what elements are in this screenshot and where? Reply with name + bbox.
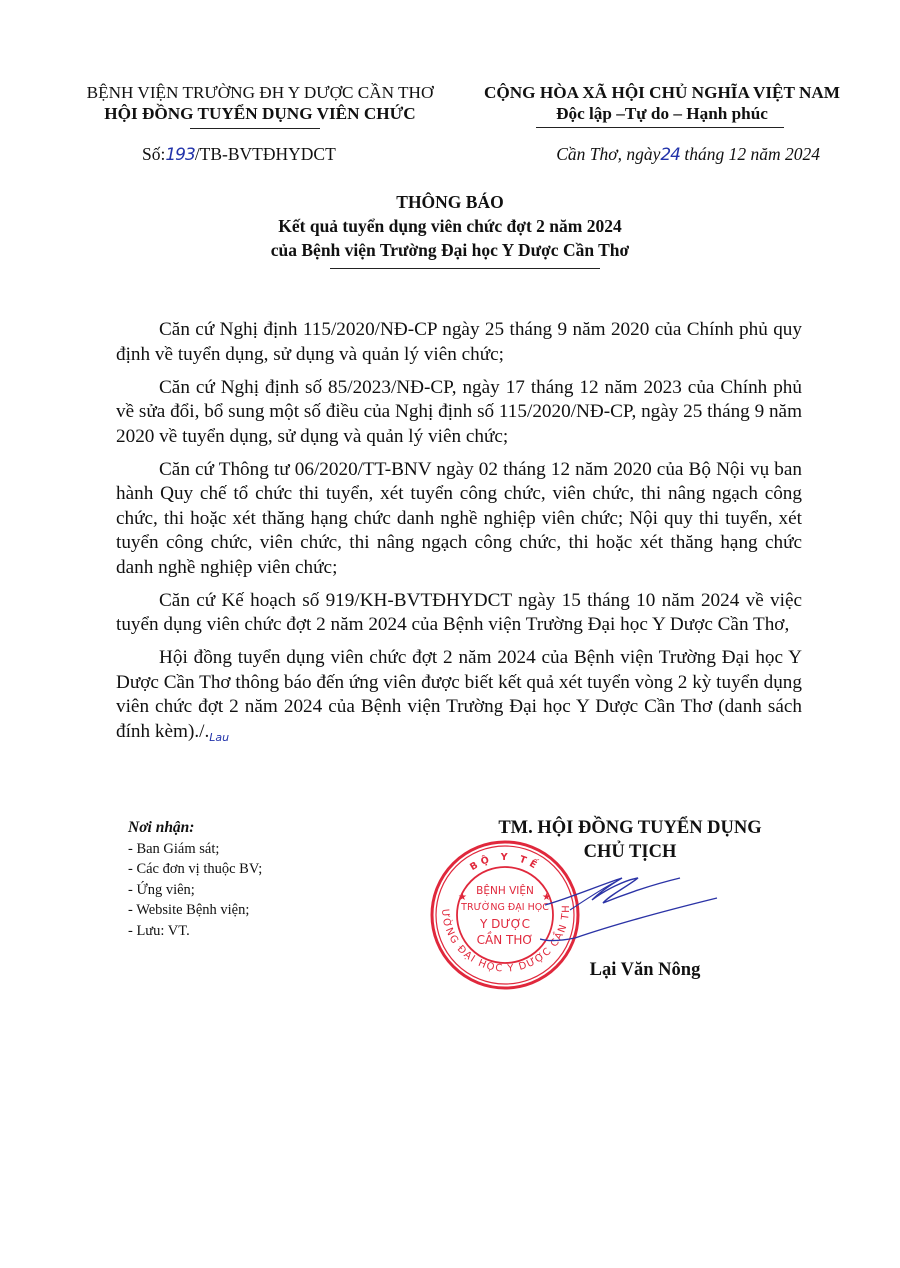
document-title: THÔNG BÁO Kết quả tuyển dụng viên chức đ… [150, 190, 750, 262]
document-body: Căn cứ Nghị định 115/2020/NĐ-CP ngày 25 … [116, 318, 802, 759]
recipient-item: - Website Bệnh viện; [128, 900, 378, 921]
on-behalf-label: TM. HỘI ĐỒNG TUYỂN DỤNG [440, 816, 820, 840]
paragraph: Căn cứ Thông tư 06/2020/TT-BNV ngày 02 t… [116, 458, 802, 581]
recipient-item: - Lưu: VT. [128, 921, 378, 942]
date-prefix: Cần Thơ, ngày [556, 144, 660, 164]
svg-text:CẦN THƠ: CẦN THƠ [477, 931, 534, 947]
paragraph-text: Hội đồng tuyển dụng viên chức đợt 2 năm … [116, 647, 802, 742]
signature-scribble-icon [540, 860, 740, 950]
doc-type: THÔNG BÁO [150, 190, 750, 214]
title-line-2: của Bệnh viện Trường Đại học Y Dược Cần … [150, 238, 750, 262]
motto-underline [536, 127, 784, 128]
recipients-label: Nơi nhận: [128, 818, 378, 839]
stamp-line-1: BỆNH VIỆN [476, 884, 534, 897]
document-number: Số:193/TB-BVTĐHYDCT [142, 144, 336, 165]
svg-text:BỘ Y TẾ: BỘ Y TẾ [468, 852, 543, 873]
recipient-item: - Các đơn vị thuộc BV; [128, 859, 378, 880]
svg-text:TRƯỜNG ĐẠI HỌC: TRƯỜNG ĐẠI HỌC [460, 901, 549, 913]
recipient-item: - Ban Giám sát; [128, 839, 378, 860]
svg-text:Y DƯỢC: Y DƯỢC [479, 917, 530, 931]
handwritten-number: 193 [165, 145, 194, 165]
document-date: Cần Thơ, ngày24 tháng 12 năm 2024 [490, 144, 820, 165]
initials-mark: Lau [209, 731, 229, 744]
national-motto: Độc lập –Tự do – Hạnh phúc [462, 103, 862, 124]
signer-name: Lại Văn Nông [545, 960, 745, 981]
paragraph: Căn cứ Kế hoạch số 919/KH-BVTĐHYDCT ngày… [116, 589, 802, 638]
number-suffix: /TB-BVTĐHYDCT [195, 144, 336, 164]
department-name: HỘI ĐỒNG TUYỂN DỤNG VIÊN CHỨC [60, 103, 460, 124]
nation-name: CỘNG HÒA XÃ HỘI CHỦ NGHĨA VIỆT NAM [462, 82, 862, 103]
header-right: CỘNG HÒA XÃ HỘI CHỦ NGHĨA VIỆT NAM Độc l… [462, 82, 862, 124]
paragraph: Căn cứ Nghị định số 85/2023/NĐ-CP, ngày … [116, 376, 802, 450]
recipients-block: Nơi nhận: - Ban Giám sát; - Các đơn vị t… [128, 818, 378, 941]
number-prefix: Số: [142, 144, 165, 164]
handwritten-day: 24 [660, 145, 680, 165]
header-left: BỆNH VIỆN TRƯỜNG ĐH Y DƯỢC CẦN THƠ HỘI Đ… [60, 82, 460, 124]
title-line-1: Kết quả tuyển dụng viên chức đợt 2 năm 2… [150, 214, 750, 238]
paragraph: Căn cứ Nghị định 115/2020/NĐ-CP ngày 25 … [116, 318, 802, 367]
title-underline [330, 268, 600, 269]
recipient-item: - Ứng viên; [128, 880, 378, 901]
organization-name: BỆNH VIỆN TRƯỜNG ĐH Y DƯỢC CẦN THƠ [60, 82, 460, 103]
date-suffix: tháng 12 năm 2024 [680, 144, 820, 164]
paragraph: Hội đồng tuyển dụng viên chức đợt 2 năm … [116, 646, 802, 750]
header-left-underline [190, 128, 320, 129]
